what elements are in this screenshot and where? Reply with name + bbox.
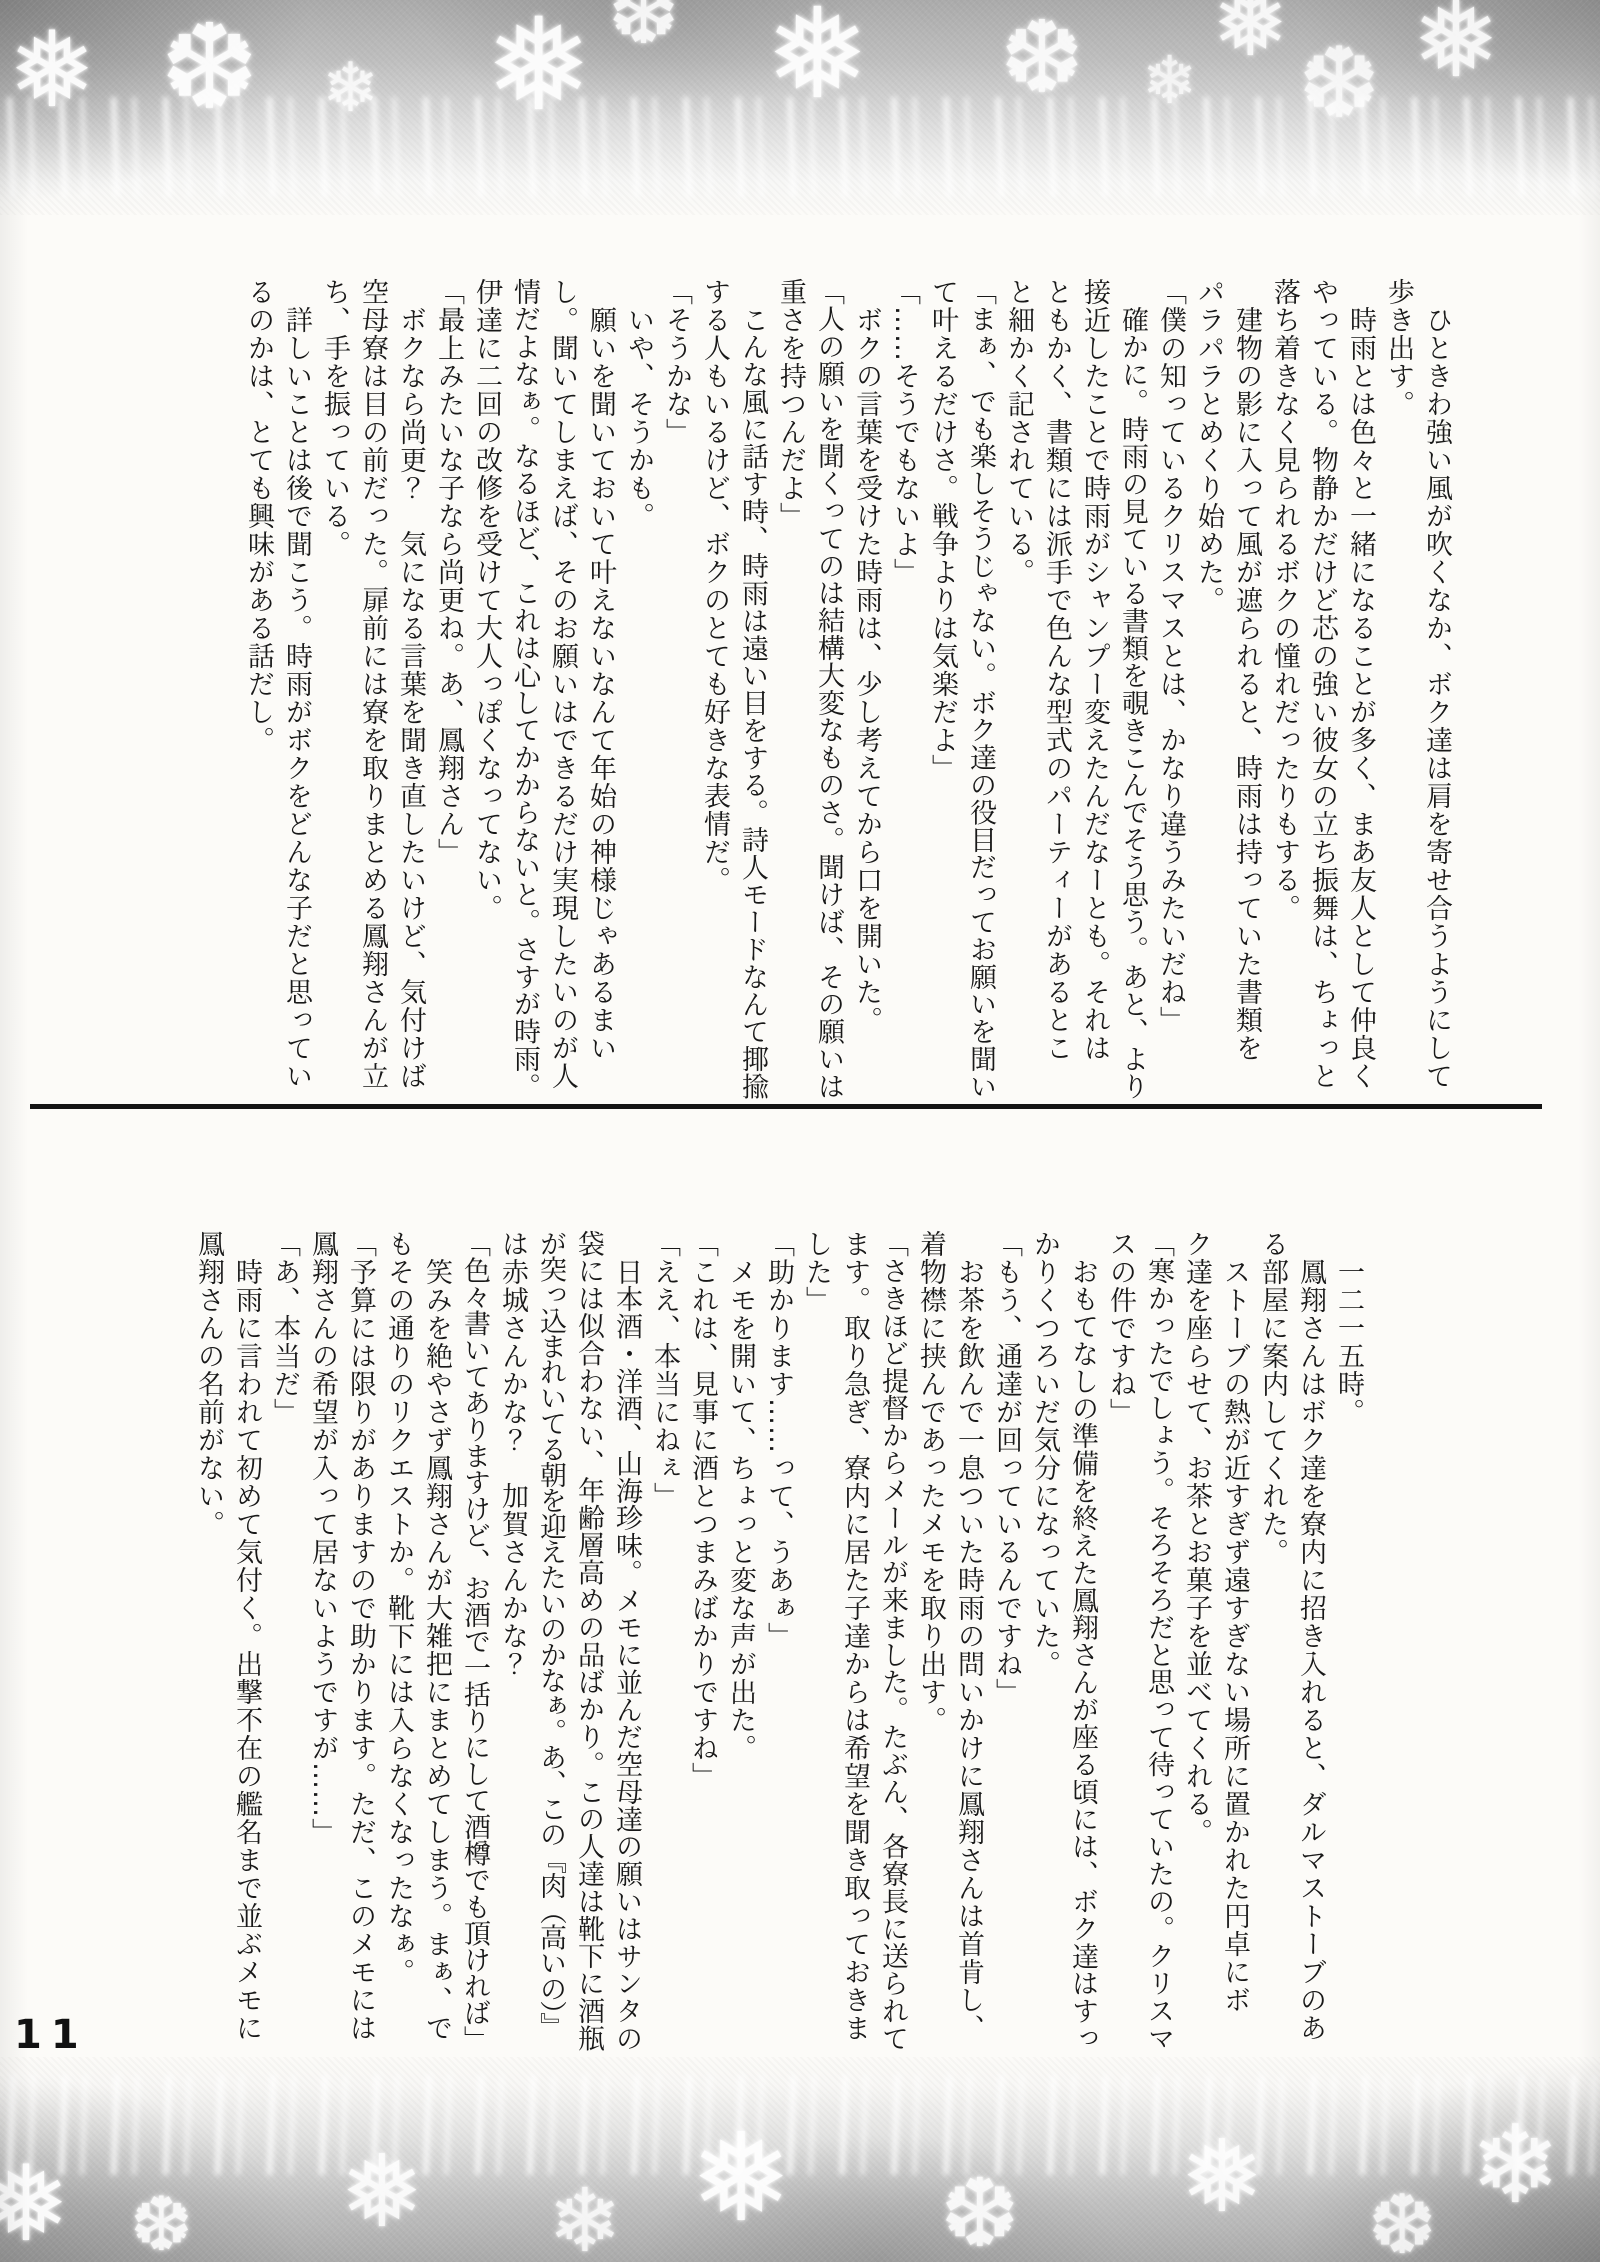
text-column: 落ち着きなく見られるボクの憧れだったりもする。 [1276,278,1304,1100]
text-column: 詳しいことは後で聞こう。時雨がボクをどんな子だと思ってい [288,278,316,1100]
text-column: は赤城さんかな？ 加賀さんかな？ [504,1230,532,2052]
text-column: 着物襟に挟んであったメモを取り出す。 [922,1230,950,2052]
text-column: るのかは、とても興味がある話だし。 [250,278,278,1100]
snowflake-icon: ❅ [485,2,592,130]
text-column: ち、手を振っている。 [326,278,354,1100]
snowflake-icon: ❅ [1212,0,1289,70]
text-column: 重さを持つんだよ」 [782,278,810,1100]
snowflake-icon: ❄ [322,55,379,123]
text-column: お茶を飲んで一息ついた時雨の問いかけに鳳翔さんは首肯し、 [960,1230,988,2052]
text-column: 願いを聞いておいて叶えないなんて年始の神様じゃあるまい [592,278,620,1100]
text-column: 日本酒・洋酒、山海珍味。メモに並んだ空母達の願いはサンタの [618,1230,646,2052]
text-column: 一二一五時。 [1340,1230,1368,2052]
text-column: 「ええ、本当にねぇ」 [656,1230,684,2052]
text-column: 鳳翔さんの名前がない。 [200,1230,228,2052]
snowflake-icon: ❆ [130,2187,193,2262]
scanned-page: ❅❆❄❅❆❅❆❄❅❆❅ ひときわ強い風が吹くなか、ボク達は肩を寄せ合うようにして… [0,0,1600,2262]
frost-fringe [0,2075,1600,2175]
text-column: て叶えるだけさ。戦争よりは気楽だよ」 [934,278,962,1100]
text-column: 袋には似合わない、年齢層高めの品ばかり。この人達は靴下に酒瓶 [580,1230,608,2052]
text-column: し。聞いてしまえば、そのお願いはできるだけ実現したいのが人 [554,278,582,1100]
text-column: 歩き出す。 [1390,278,1418,1100]
text-column: が突っ込まれいてる朝を迎えたいのかなぁ。あ、この『肉（高いの）』 [542,1230,570,2052]
text-column: 「色々書いてありますけど、お酒で一括りにして酒樽でも頂ければ」 [466,1230,494,2052]
text-column: 「さきほど提督からメールが来ました。たぶん、各寮長に送られて [884,1230,912,2052]
text-column: やっている。物静かだけど芯の強い彼女の立ち振舞は、ちょっと [1314,278,1342,1100]
text-column: した」 [808,1230,836,2052]
snowflake-icon: ❅ [8,18,96,123]
text-column: 空母寮は目の前だった。扉前には寮を取りまとめる鳳翔さんが立 [364,278,392,1100]
snowflake-icon: ❄ [548,2177,622,2262]
text-column: 確かに。時雨の見ている書類を覗きこんでそう思う。あと、より [1124,278,1152,1100]
text-column: こんな風に話す時、時雨は遠い目をする。詩人モードなんて揶揄 [744,278,772,1100]
snowflake-icon: ❅ [690,2117,792,2239]
text-column: 「最上みたいな子なら尚更ね。あ、鳳翔さん」 [440,278,468,1100]
text-column: パラパラとめくり始めた。 [1200,278,1228,1100]
text-column: 時雨とは色々と一緒になることが多く、まあ友人として仲良く [1352,278,1380,1100]
snowflake-icon: ❆ [1000,8,1084,108]
text-column: 「予算には限りがありますので助かります。ただ、このメモには [352,1230,380,2052]
snowflake-icon: ❄ [1470,2112,1561,2220]
page-number: 11 [14,2012,88,2058]
text-column: いや、そうかも。 [630,278,658,1100]
text-column: る部屋に案内してくれた。 [1264,1230,1292,2052]
text-column: 「寒かったでしょう。そろそろだと思って待っていたの。クリスマ [1150,1230,1178,2052]
text-column: 「……そうでもないよ」 [896,278,924,1100]
text-column: 「そうかな」 [668,278,696,1100]
text-column: ボクなら尚更？ 気になる言葉を聞き直したいけど、気付けば [402,278,430,1100]
text-column: と細かく記されている。 [1010,278,1038,1100]
text-column: 時雨に言われて初めて気付く。出撃不在の艦名まで並ぶメモに [238,1230,266,2052]
snowflake-icon: ❆ [1298,35,1380,133]
text-column: かりくつろいだ気分になっていた。 [1036,1230,1064,2052]
snowflake-icon: ❅ [0,2152,70,2257]
text-column: 「まぁ、でも楽しそうじゃない。ボク達の役目だってお願いを聞い [972,278,1000,1100]
text-column: する人もいるけど、ボクのとても好きな表情だ。 [706,278,734,1100]
text-column: 鳳翔さんの希望が入って居ないようですが……」 [314,1230,342,2052]
text-column: メモを開いて、ちょっと変な声が出た。 [732,1230,760,2052]
text-column: ク達を座らせて、お茶とお菓子を並べてくれる。 [1188,1230,1216,2052]
text-column: 笑みを絶やさず鳳翔さんが大雑把にまとめてしまう。まぁ、で [428,1230,456,2052]
text-column: ストーブの熱が近すぎず遠すぎない場所に置かれた円卓にボ [1226,1230,1254,2052]
snowflake-icon: ❆ [1368,2185,1437,2262]
section-divider [30,1104,1542,1109]
scan-grain-texture [0,2057,1600,2262]
top-text-section: ひときわ強い風が吹くなか、ボク達は肩を寄せ合うようにして歩き出す。時雨とは色々と… [240,278,1456,1100]
text-column: 「助かります……って、うあぁ」 [770,1230,798,2052]
text-column: 「あ、本当だ」 [276,1230,304,2052]
text-column: スの件ですね」 [1112,1230,1140,2052]
snowflake-icon: ❅ [765,0,870,117]
text-column: 「僕の知っているクリスマスとは、かなり違うみたいだね」 [1162,278,1190,1100]
scan-grain-texture [0,0,1600,215]
snowflake-icon: ❅ [340,2142,424,2242]
text-column: 伊達に二回の改修を受けて大人っぽくなってない。 [478,278,506,1100]
text-column: ボクの言葉を受けた時雨は、少し考えてから口を開いた。 [858,278,886,1100]
text-column: 情だよなぁ。なるほど、これは心してかからないと。さすが時雨。 [516,278,544,1100]
bottom-snow-band: ❅❆❅❄❅❆❅❆❄ [0,2057,1600,2262]
snowflake-icon: ❄ [1142,48,1197,114]
text-column: ます。取り急ぎ、寮内に居た子達からは希望を聞き取っておきま [846,1230,874,2052]
top-snow-band: ❅❆❄❅❆❅❆❄❅❆❅ [0,0,1600,215]
frost-fringe [0,97,1600,197]
text-column: 鳳翔さんはボク達を寮内に招き入れると、ダルマストーブのあ [1302,1230,1330,2052]
bottom-text-section: 一二一五時。鳳翔さんはボク達を寮内に招き入れると、ダルマストーブのある部屋に案内… [190,1230,1368,2052]
text-column: おもてなしの準備を終えた鳳翔さんが座る頃には、ボク達はすっ [1074,1230,1102,2052]
text-column: 「もう、通達が回っているんですね」 [998,1230,1026,2052]
text-column: 「これは、見事に酒とつまみばかりですね」 [694,1230,722,2052]
snowflake-icon: ❆ [940,2167,1020,2262]
snowflake-icon: ❅ [1180,2127,1264,2227]
snowflake-icon: ❅ [1412,0,1500,93]
text-column: 「人の願いを聞くってのは結構大変なものさ。聞けば、その願いは [820,278,848,1100]
text-column: 接近したことで時雨がシャンプー変えたんだなーとも。それは [1086,278,1114,1100]
text-column: 建物の影に入って風が遮られると、時雨は持っていた書類を [1238,278,1266,1100]
text-column: ひときわ強い風が吹くなか、ボク達は肩を寄せ合うようにして [1428,278,1456,1100]
text-column: ともかく、書類には派手で色んな型式のパーティーがあるとこ [1048,278,1076,1100]
snowflake-icon: ❆ [608,0,679,57]
text-column: もその通りのリクエストか。靴下には入らなくなったなぁ。 [390,1230,418,2052]
snowflake-icon: ❆ [160,8,259,126]
